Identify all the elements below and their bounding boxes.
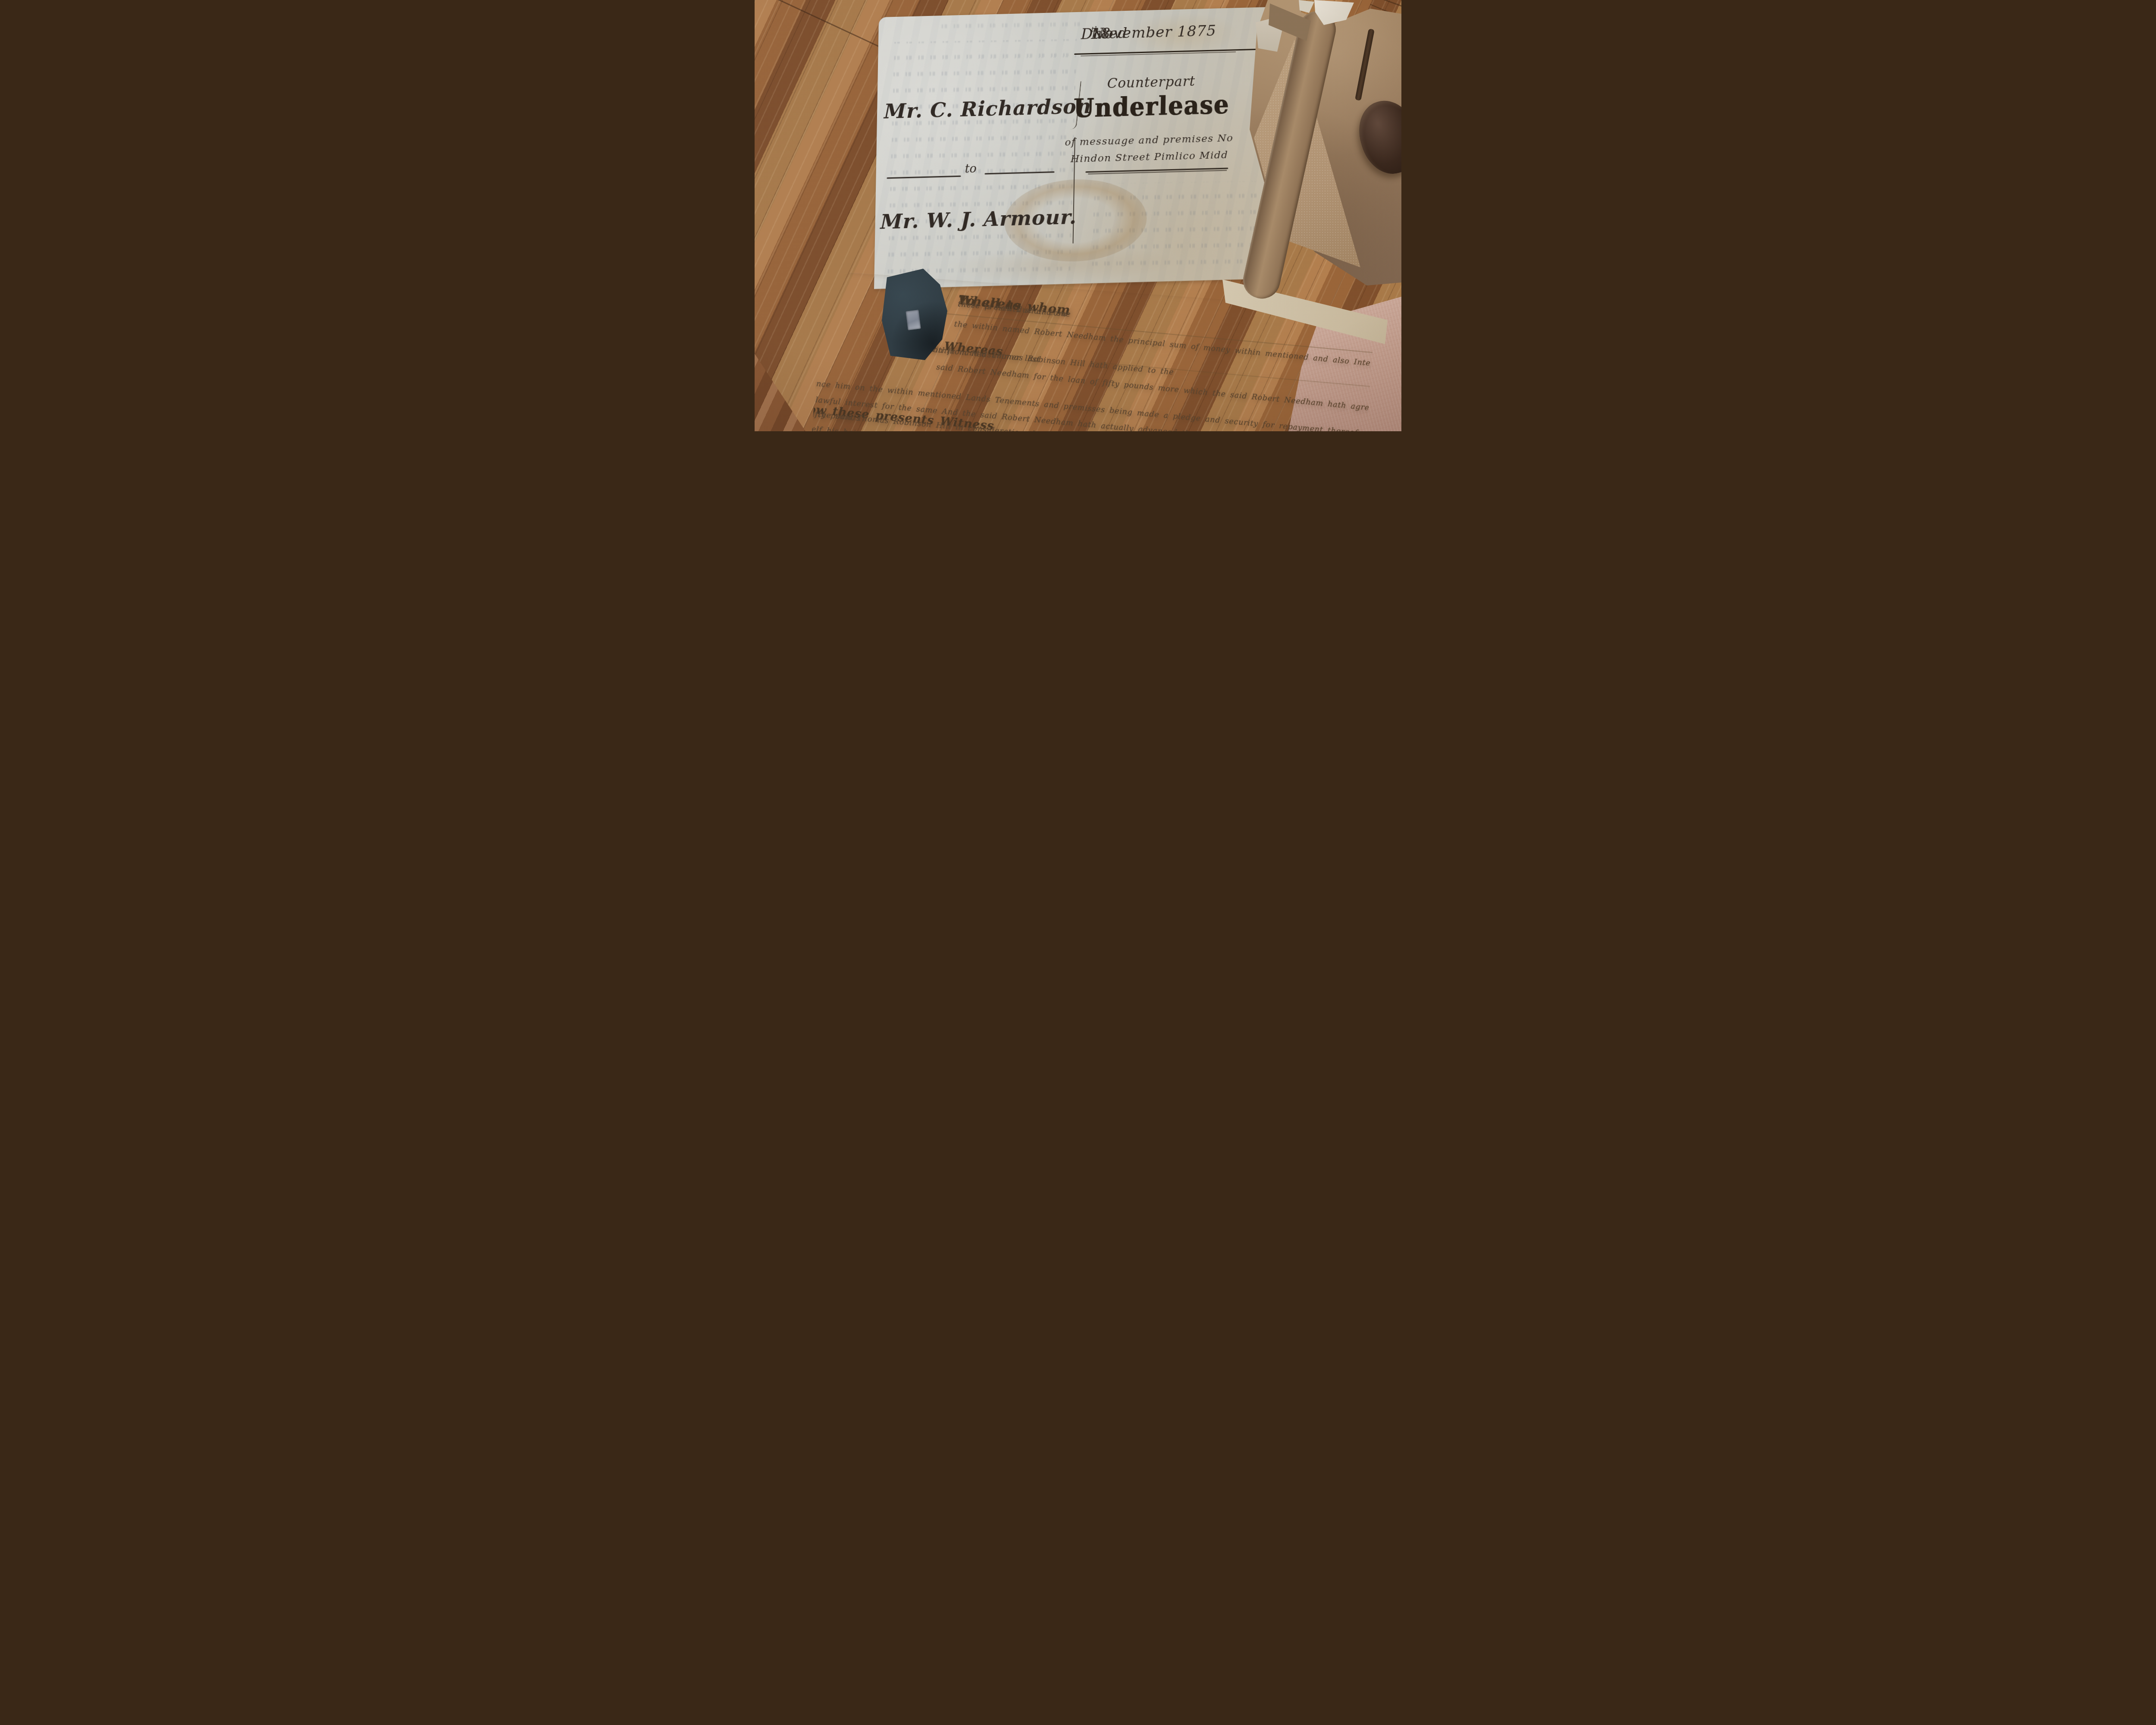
- dated-line: Dated 18th November 1875: [1081, 25, 1091, 43]
- cover-document: Dated 18th November 1875 Mr. C. Richards…: [874, 7, 1272, 289]
- underlease-title: Underlease: [1070, 88, 1232, 124]
- wood-table-corner: [755, 349, 805, 431]
- separator-to: to: [965, 162, 977, 176]
- ghost-show-through-writing: [939, 13, 1081, 38]
- premises-line-2: Hindon Street Pimlico Midd: [1071, 150, 1228, 165]
- dated-rest: November 1875: [1091, 22, 1216, 43]
- photo-of-vellum-documents: Dated 18th November 1875 Mr. C. Richards…: [755, 0, 1401, 431]
- embossed-stamp: [906, 310, 921, 330]
- premises-line-1: of messuage and premises No: [1065, 133, 1233, 148]
